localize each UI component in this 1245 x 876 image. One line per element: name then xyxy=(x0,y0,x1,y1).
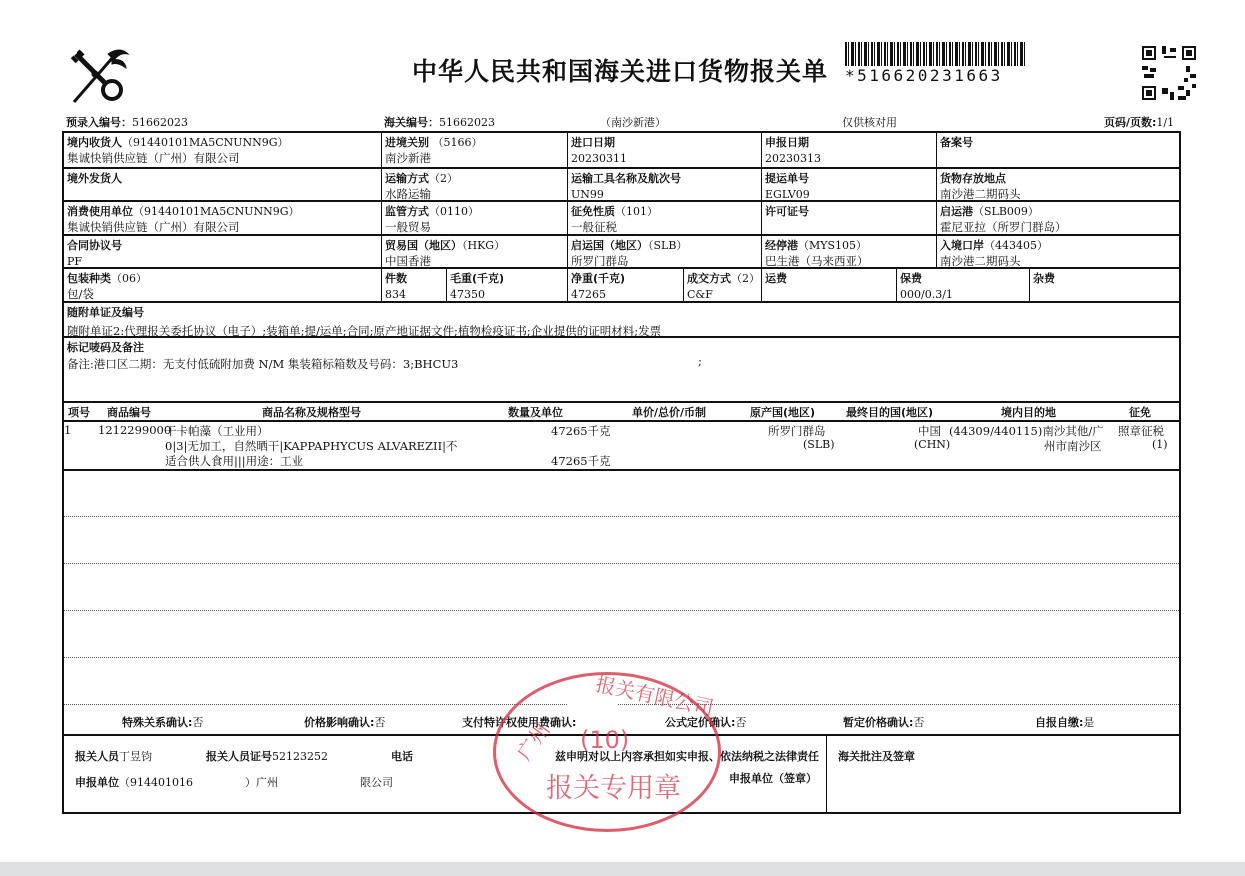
field-attached-docs: 随附单证及编号 随附单证2:代理报关委托协议（电子）;装箱单;提/运单;合同;原… xyxy=(67,304,661,339)
field-freight: 运费 xyxy=(765,270,787,286)
page-title: 中华人民共和国海关进口货物报关单 xyxy=(412,52,828,88)
field-misc-fee: 杂费 xyxy=(1033,270,1055,286)
field-marks-remarks: 标记唛码及备注 备注:港口区二期：无支付低硫附加费 N/M 集装箱标箱数及号码：… xyxy=(67,339,458,372)
viewer-bottom-bar xyxy=(0,862,1245,876)
field-record-no: 备案号 xyxy=(940,134,973,150)
field-levy-nature: 征免性质（101） 一般征税 xyxy=(571,203,658,235)
seal-bottom-text: 报关专用章 xyxy=(546,766,681,805)
confirm-special-relation: 特殊关系确认:否 xyxy=(122,714,203,730)
field-entry-customs: 进境关别 （5166） 南沙新港 xyxy=(385,134,483,166)
field-pieces: 件数 834 xyxy=(385,270,407,301)
col-levy: 征免 xyxy=(1129,404,1151,420)
field-transaction-mode: 成交方式（2） C&F xyxy=(687,270,760,301)
field-consumer: 消费使用单位（91440101MA5CNUNN9G） 集诚快销供应链（广州）有限… xyxy=(67,203,300,235)
field-consignee: 境内收货人（91440101MA5CNUNN9G） 集诚快销供应链（广州）有限公… xyxy=(67,134,289,166)
customs-number: 海关编号：51662023 xyxy=(384,114,495,130)
declare-unit-signature: 申报单位（签章） xyxy=(729,770,817,786)
customs-approval: 海关批注及签章 xyxy=(838,748,915,764)
barcode xyxy=(845,42,1025,66)
field-declare-date: 申报日期 20230313 xyxy=(765,134,821,165)
page-count: 页码/页数:1/1 xyxy=(1104,114,1174,130)
field-departure-port: 启运港（SLB009） 霍尼亚拉（所罗门群岛） xyxy=(940,203,1067,235)
declarant-cert: 报关人员证号52123252 xyxy=(206,748,328,764)
customs-emblem-icon xyxy=(68,44,130,106)
field-gross-weight: 毛重(千克) 47350 xyxy=(450,270,504,301)
field-bill-no: 提运单号 EGLV09 xyxy=(765,170,810,201)
verification-note: 仅供核对用 xyxy=(842,114,897,130)
field-transit-port: 经停港（MYS105） 巴生港（马来西亚） xyxy=(765,237,869,269)
declarant: 报关人员丁昱钧 xyxy=(75,748,152,764)
field-contract-no: 合同协议号 PF xyxy=(67,237,122,268)
field-insurance: 保费 000/0.3/1 xyxy=(900,270,953,301)
col-goods-name: 商品名称及规格型号 xyxy=(262,404,361,420)
confirm-price-influence: 价格影响确认:否 xyxy=(304,714,385,730)
field-package-type: 包装种类（06） 包/袋 xyxy=(67,270,147,302)
col-dest-country: 最终目的国(地区) xyxy=(846,404,933,420)
confirm-self-declare: 自报自缴:是 xyxy=(1035,714,1094,730)
col-domestic-dest: 境内目的地 xyxy=(1001,404,1056,420)
remarks-suffix: ; xyxy=(698,354,702,368)
phone-label: 电话 xyxy=(391,748,413,764)
field-departure-country: 启运国（地区）（SLB） 所罗门群岛 xyxy=(571,237,687,269)
seal-middle-text: (10) xyxy=(580,726,629,754)
field-storage-place: 货物存放地点 南沙港二期码头 xyxy=(940,170,1021,202)
barcode-number: *516620231663 xyxy=(845,66,1003,85)
port-name: （南沙新港） xyxy=(600,114,666,130)
field-entry-port: 入境口岸（443405） 南沙港二期码头 xyxy=(940,237,1048,269)
declare-unit-name-1: ）广州 xyxy=(245,774,278,790)
field-license-no: 许可证号 xyxy=(765,203,809,219)
declare-unit: 申报单位（914401016 xyxy=(75,774,193,790)
col-origin: 原产国(地区) xyxy=(750,404,815,420)
field-transport-mode: 运输方式（2） 水路运输 xyxy=(385,170,458,202)
confirm-provisional-price: 暂定价格确认:否 xyxy=(843,714,924,730)
col-price: 单价/总价/币制 xyxy=(632,404,706,420)
declaration-page: 中华人民共和国海关进口货物报关单 *516620231663 预录入编号：516… xyxy=(0,0,1245,860)
field-import-date: 进口日期 20230311 xyxy=(571,134,627,165)
field-overseas-shipper: 境外发货人 xyxy=(67,170,122,186)
col-quantity: 数量及单位 xyxy=(508,404,563,420)
field-net-weight: 净重(千克) 47265 xyxy=(571,270,625,301)
pre-entry-number: 预录入编号：51662023 xyxy=(66,114,188,130)
field-supervision-mode: 监管方式（0110） 一般贸易 xyxy=(385,203,479,235)
field-vessel: 运输工具名称及航次号 UN99 xyxy=(571,170,681,201)
qr-code-icon xyxy=(1140,44,1198,102)
field-trade-country: 贸易国（地区）（HKG） 中国香港 xyxy=(385,237,505,269)
declare-unit-name-2: 限公司 xyxy=(360,774,393,790)
col-hs-code: 商品编号 xyxy=(107,404,151,420)
col-item-no: 项号 xyxy=(68,404,90,420)
